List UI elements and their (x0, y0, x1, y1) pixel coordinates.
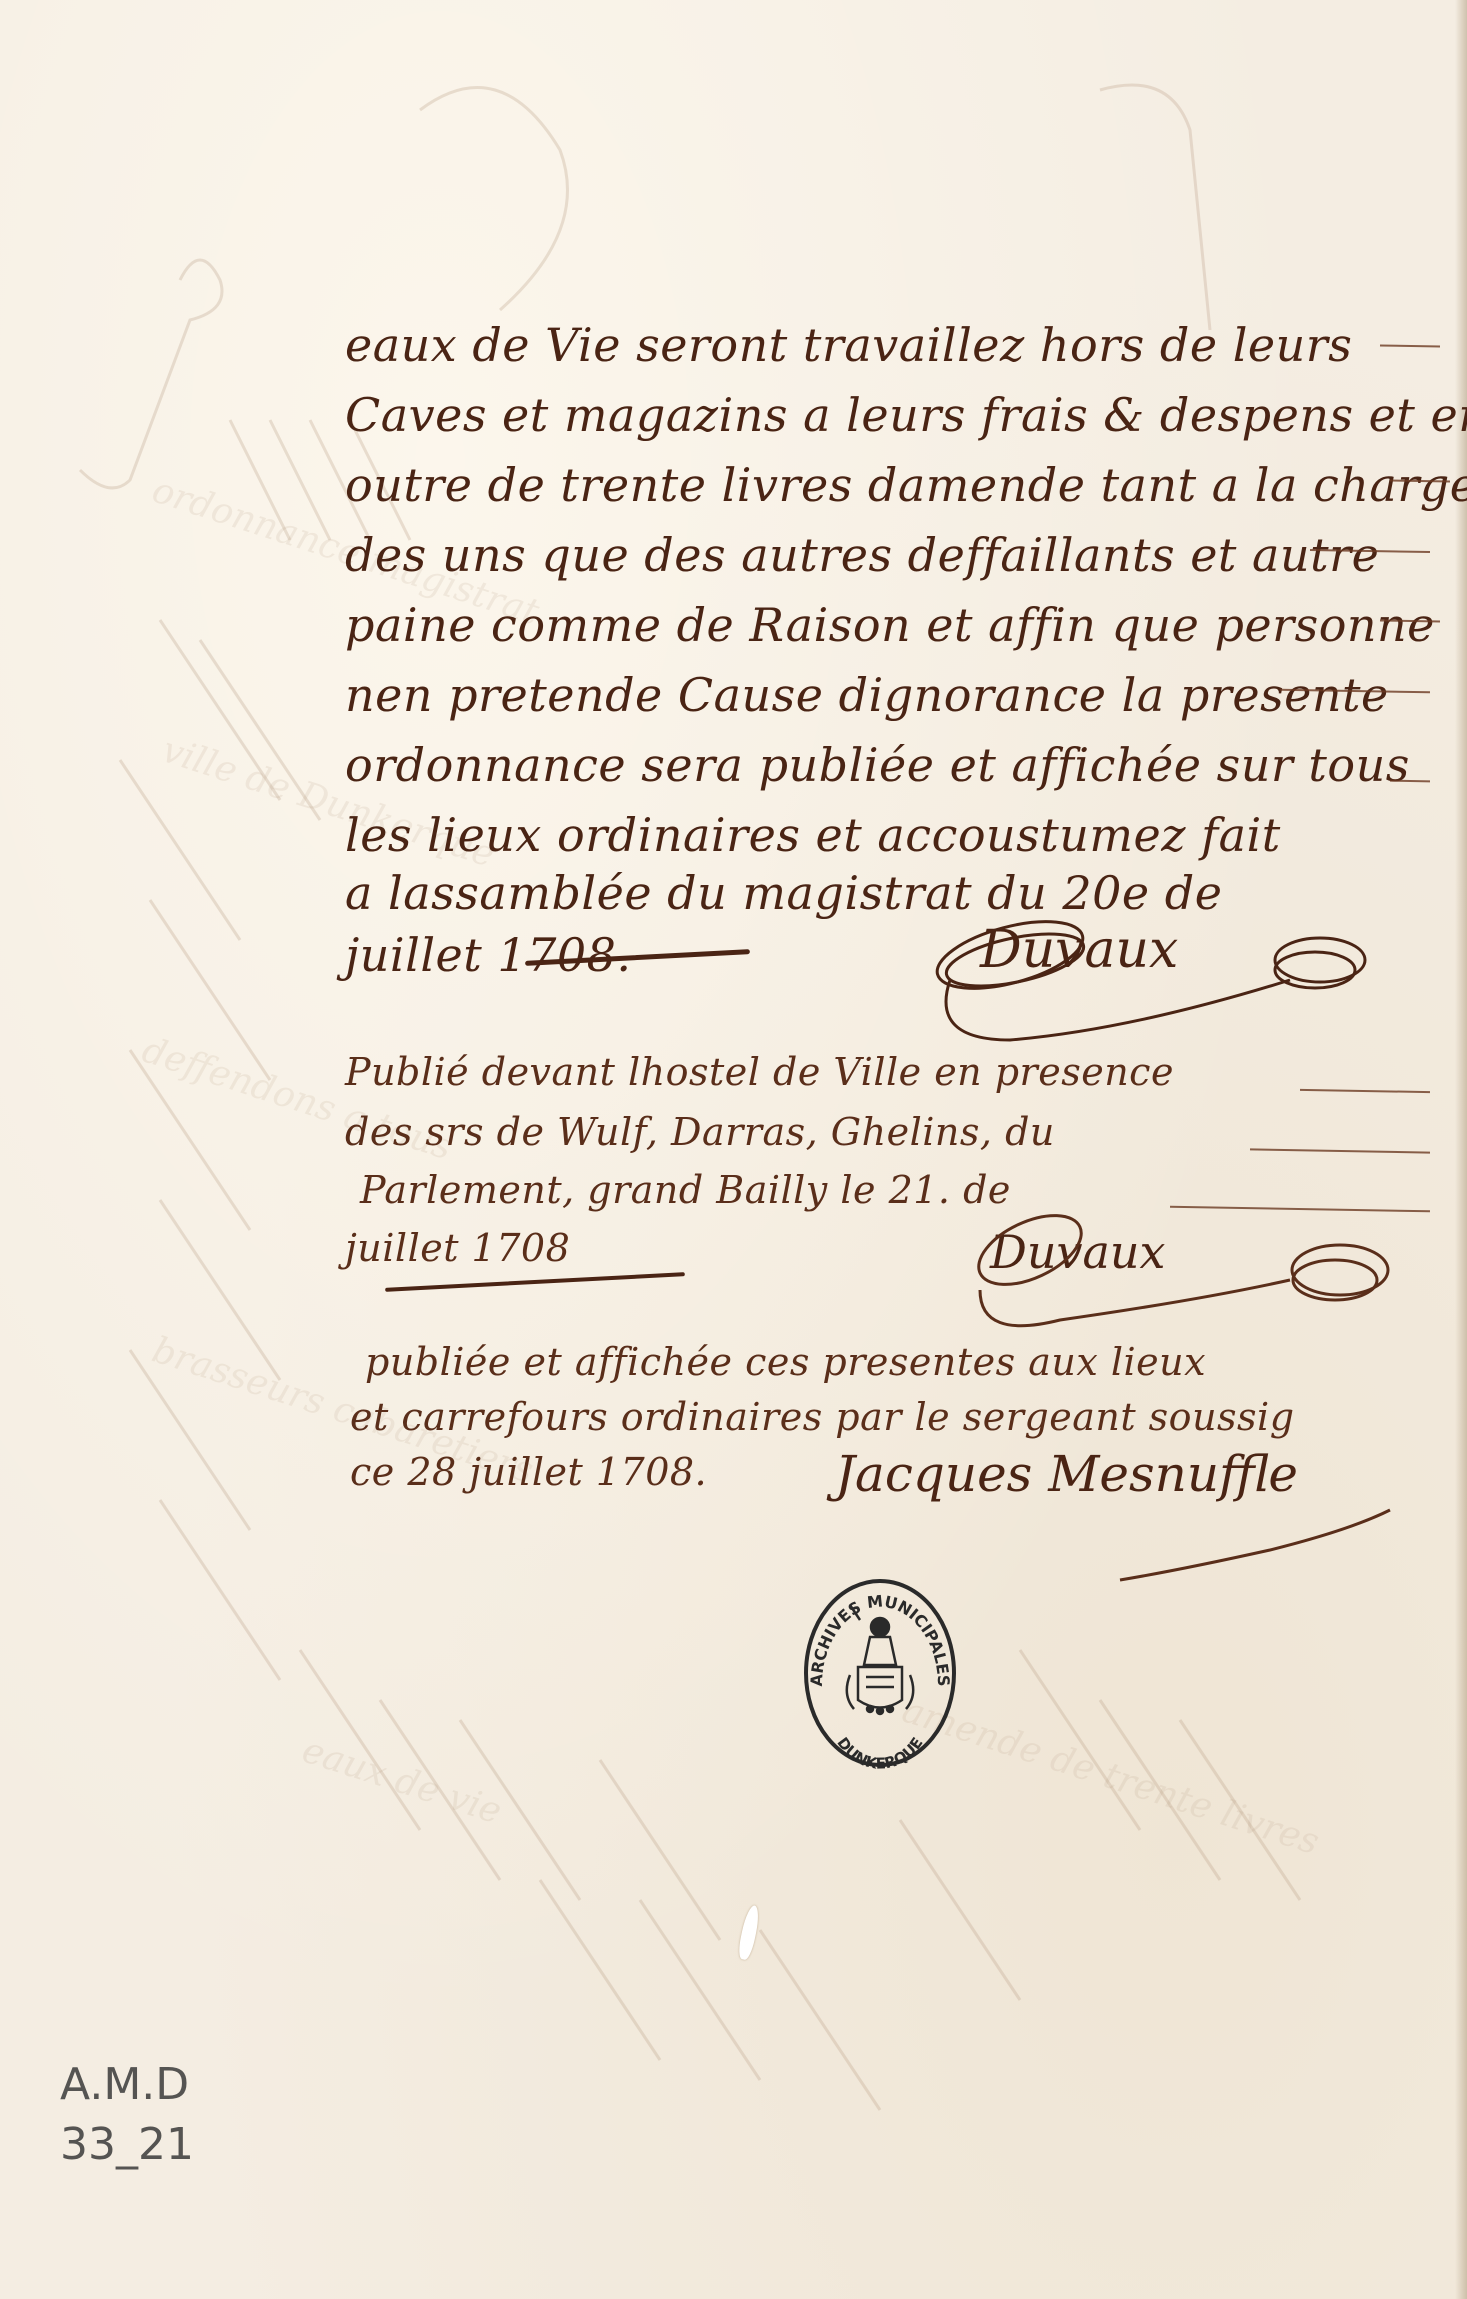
signature-duvaux-1: Duvaux (980, 920, 1178, 980)
text-line: eaux de Vie seront travaillez hors de le… (345, 318, 1352, 372)
svg-text:amende de trente livres: amende de trente livres (897, 1690, 1324, 1864)
signature-duvaux-2: Duvaux (990, 1225, 1166, 1279)
archives-stamp: ARCHIVES MUNICIPALES DUNKERQUE (800, 1575, 960, 1770)
line-end-rule (1170, 1206, 1430, 1213)
text-line: ordonnance sera publiée et affichée sur … (345, 738, 1410, 792)
svg-text:eaux de vie: eaux de vie (297, 1730, 506, 1833)
text-line: et carrefours ordinaires par le sergeant… (350, 1395, 1295, 1439)
text-line: outre de trente livres damende tant a la… (345, 458, 1467, 512)
text-line: Caves et magazins a leurs frais & despen… (345, 388, 1467, 442)
svg-text:DUNKERQUE: DUNKERQUE (833, 1734, 926, 1770)
paper-tear (736, 1904, 761, 1961)
date-line: juillet 1708 (345, 1226, 570, 1270)
text-line: Parlement, grand Bailly le 21. de (360, 1168, 1011, 1212)
signature-flourish (1100, 1500, 1400, 1600)
document-page: ordonnance magistrat ville de Dunkerque … (0, 0, 1467, 2299)
line-end-rule (1300, 1089, 1430, 1093)
text-line: les lieux ordinaires et accoustumez fait (345, 808, 1281, 862)
signature-sergeant: Jacques Mesnuffle (835, 1445, 1298, 1503)
text-line: des srs de Wulf, Darras, Ghelins, du (345, 1110, 1055, 1154)
line-end-rule (1250, 1148, 1430, 1153)
line-end-rule (1380, 344, 1440, 347)
date-line: ce 28 juillet 1708. (350, 1450, 707, 1494)
shelf-mark-line-1: A.M.D (60, 2055, 194, 2115)
shelf-mark-line-2: 33_21 (60, 2115, 194, 2175)
date-underline (385, 1272, 685, 1292)
text-line: nen pretende Cause dignorance la present… (345, 668, 1389, 722)
coat-of-arms-icon (847, 1605, 913, 1714)
text-line: paine comme de Raison et affin que perso… (345, 598, 1435, 652)
text-line: des uns que des autres deffaillants et a… (345, 528, 1379, 582)
shelf-mark: A.M.D 33_21 (60, 2055, 194, 2175)
paper-edge (1455, 0, 1467, 2299)
text-line: Publié devant lhostel de Ville en presen… (345, 1050, 1174, 1094)
stamp-bottom-text: DUNKERQUE (833, 1734, 926, 1770)
text-line: publiée et affichée ces presentes aux li… (365, 1340, 1206, 1384)
date-line: juillet 1708. (345, 928, 632, 982)
text-line: a lassamblée du magistrat du 20e de (345, 866, 1222, 920)
